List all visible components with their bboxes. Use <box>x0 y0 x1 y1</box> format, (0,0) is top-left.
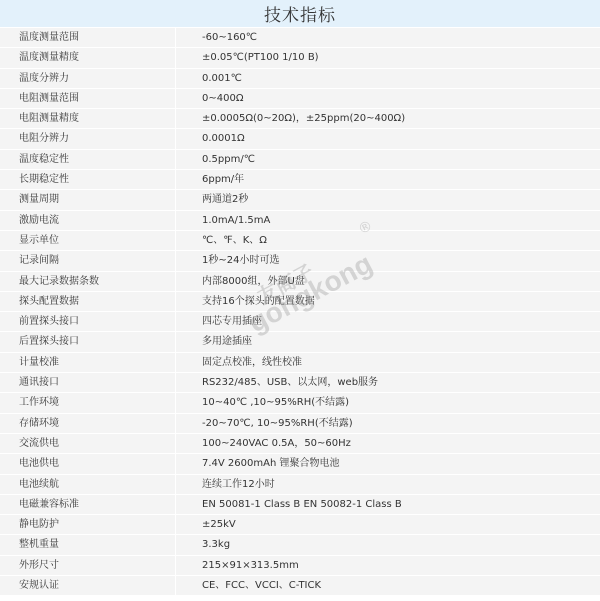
spec-value: 1.0mA/1.5mA <box>176 211 600 230</box>
table-row: 通讯接口RS232/485、USB、以太网，web服务 <box>0 373 600 393</box>
spec-value: -20~70℃, 10~95%RH(不结露) <box>176 414 600 433</box>
table-row: 整机重量3.3kg <box>0 535 600 555</box>
spec-value: 7.4V 2600mAh 锂聚合物电池 <box>176 454 600 473</box>
table-row: 电阻分辨力0.0001Ω <box>0 129 600 149</box>
table-row: 后置探头接口多用途插座 <box>0 332 600 352</box>
table-row: 外形尺寸215×91×313.5mm <box>0 556 600 576</box>
table-row: 计量校准固定点校准，线性校准 <box>0 353 600 373</box>
spec-value: 内部8000组，外部U盘 <box>176 272 600 291</box>
table-row: 记录间隔1秒~24小时可选 <box>0 251 600 271</box>
spec-label: 通讯接口 <box>0 373 176 392</box>
table-row: 工作环境10~40℃ ,10~95%RH(不结露) <box>0 393 600 413</box>
spec-value: 固定点校准，线性校准 <box>176 353 600 372</box>
spec-label: 记录间隔 <box>0 251 176 270</box>
spec-label: 交流供电 <box>0 434 176 453</box>
spec-value: RS232/485、USB、以太网，web服务 <box>176 373 600 392</box>
spec-value: 0~400Ω <box>176 89 600 108</box>
spec-label: 电阻测量精度 <box>0 109 176 128</box>
table-row: 电阻测量范围0~400Ω <box>0 89 600 109</box>
spec-value: 支持16个探头的配置数据 <box>176 292 600 311</box>
spec-value: 四芯专用插座 <box>176 312 600 331</box>
spec-label: 工作环境 <box>0 393 176 412</box>
spec-value: 215×91×313.5mm <box>176 556 600 575</box>
table-title: 技术指标 <box>0 0 600 28</box>
spec-label: 电阻测量范围 <box>0 89 176 108</box>
table-row: 交流供电100~240VAC 0.5A，50~60Hz <box>0 434 600 454</box>
spec-label: 安规认证 <box>0 576 176 595</box>
spec-label: 显示单位 <box>0 231 176 250</box>
spec-label: 电磁兼容标准 <box>0 495 176 514</box>
table-row: 测量周期两通道2秒 <box>0 190 600 210</box>
table-row: 电阻测量精度±0.0005Ω(0~20Ω)，±25ppm(20~400Ω) <box>0 109 600 129</box>
spec-value: ±25kV <box>176 515 600 534</box>
table-row: 温度分辨力0.001℃ <box>0 69 600 89</box>
spec-value: 1秒~24小时可选 <box>176 251 600 270</box>
table-row: 前置探头接口四芯专用插座 <box>0 312 600 332</box>
spec-value: 10~40℃ ,10~95%RH(不结露) <box>176 393 600 412</box>
spec-label: 最大记录数据条数 <box>0 272 176 291</box>
spec-table: 技术指标 温度测量范围-60~160℃温度测量精度±0.05℃(PT100 1/… <box>0 0 600 596</box>
table-row: 温度稳定性0.5ppm/℃ <box>0 150 600 170</box>
table-row: 电池供电7.4V 2600mAh 锂聚合物电池 <box>0 454 600 474</box>
spec-label: 长期稳定性 <box>0 170 176 189</box>
spec-label: 后置探头接口 <box>0 332 176 351</box>
spec-label: 测量周期 <box>0 190 176 209</box>
spec-value: CE、FCC、VCCI、C-TICK <box>176 576 600 595</box>
table-row: 温度测量精度±0.05℃(PT100 1/10 B) <box>0 48 600 68</box>
spec-rows: 温度测量范围-60~160℃温度测量精度±0.05℃(PT100 1/10 B)… <box>0 28 600 596</box>
spec-label: 静电防护 <box>0 515 176 534</box>
spec-label: 存储环境 <box>0 414 176 433</box>
spec-value: 6ppm/年 <box>176 170 600 189</box>
spec-label: 计量校准 <box>0 353 176 372</box>
table-row: 激励电流1.0mA/1.5mA <box>0 211 600 231</box>
table-row: 电磁兼容标准EN 50081-1 Class B EN 50082-1 Clas… <box>0 495 600 515</box>
spec-label: 电池供电 <box>0 454 176 473</box>
spec-value: 连续工作12小时 <box>176 475 600 494</box>
spec-label: 激励电流 <box>0 211 176 230</box>
spec-value: 100~240VAC 0.5A，50~60Hz <box>176 434 600 453</box>
spec-label: 电池续航 <box>0 475 176 494</box>
spec-label: 电阻分辨力 <box>0 129 176 148</box>
spec-value: 0.001℃ <box>176 69 600 88</box>
table-row: 长期稳定性6ppm/年 <box>0 170 600 190</box>
table-row: 探头配置数据支持16个探头的配置数据 <box>0 292 600 312</box>
spec-value: -60~160℃ <box>176 28 600 47</box>
spec-value: ℃、℉、K、Ω <box>176 231 600 250</box>
spec-label: 温度测量精度 <box>0 48 176 67</box>
table-row: 电池续航连续工作12小时 <box>0 475 600 495</box>
table-row: 最大记录数据条数内部8000组，外部U盘 <box>0 272 600 292</box>
spec-value: 0.0001Ω <box>176 129 600 148</box>
spec-value: EN 50081-1 Class B EN 50082-1 Class B <box>176 495 600 514</box>
table-row: 温度测量范围-60~160℃ <box>0 28 600 48</box>
spec-value: ±0.0005Ω(0~20Ω)，±25ppm(20~400Ω) <box>176 109 600 128</box>
table-row: 存储环境-20~70℃, 10~95%RH(不结露) <box>0 414 600 434</box>
spec-label: 前置探头接口 <box>0 312 176 331</box>
spec-label: 温度测量范围 <box>0 28 176 47</box>
spec-label: 温度稳定性 <box>0 150 176 169</box>
spec-label: 外形尺寸 <box>0 556 176 575</box>
table-row: 静电防护±25kV <box>0 515 600 535</box>
spec-value: 两通道2秒 <box>176 190 600 209</box>
spec-value: 3.3kg <box>176 535 600 554</box>
spec-label: 整机重量 <box>0 535 176 554</box>
spec-label: 温度分辨力 <box>0 69 176 88</box>
spec-value: 0.5ppm/℃ <box>176 150 600 169</box>
table-row: 显示单位℃、℉、K、Ω <box>0 231 600 251</box>
table-row: 安规认证CE、FCC、VCCI、C-TICK <box>0 576 600 596</box>
spec-value: 多用途插座 <box>176 332 600 351</box>
spec-value: ±0.05℃(PT100 1/10 B) <box>176 48 600 67</box>
spec-label: 探头配置数据 <box>0 292 176 311</box>
